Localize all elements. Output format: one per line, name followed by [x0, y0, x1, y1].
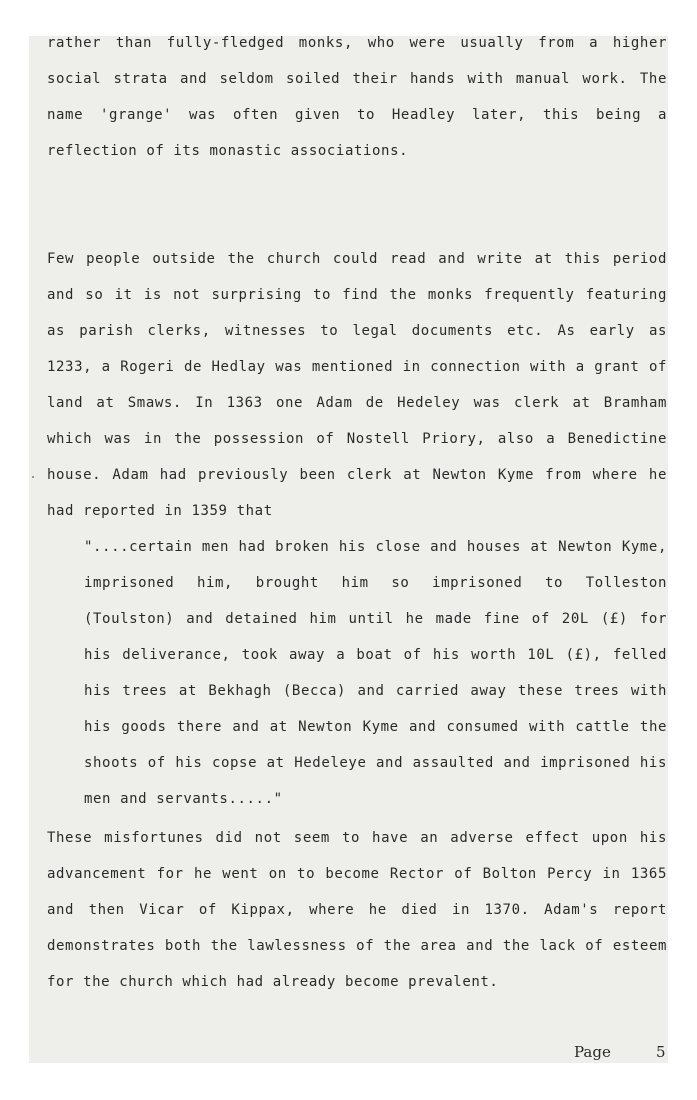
text-line: which was in the possession of Nostell P…: [47, 421, 667, 457]
quote-line: his trees at Bekhagh (Becca) and carried…: [84, 673, 667, 709]
paragraph-2: Few people outside the church could read…: [47, 241, 667, 529]
quote-line: (Toulston) and detained him until he mad…: [84, 601, 667, 637]
page-label: Page: [574, 1043, 611, 1061]
scan-speck: [32, 476, 34, 478]
text-line: These misfortunes did not seem to have a…: [47, 820, 667, 856]
text-line: 1233, a Rogeri de Hedlay was mentioned i…: [47, 349, 667, 385]
page-number: 5: [656, 1043, 666, 1061]
text-line: reflection of its monastic associations.: [47, 133, 667, 169]
text-line: name 'grange' was often given to Headley…: [47, 97, 667, 133]
text-line: as parish clerks, witnesses to legal doc…: [47, 313, 667, 349]
text-line: for the church which had already become …: [47, 964, 667, 1000]
paragraph-1: rather than fully-fledged monks, who wer…: [47, 25, 667, 169]
text-line: social strata and seldom soiled their ha…: [47, 61, 667, 97]
text-line: land at Smaws. In 1363 one Adam de Hedel…: [47, 385, 667, 421]
quote-line: men and servants.....": [84, 781, 667, 817]
text-line: and then Vicar of Kippax, where he died …: [47, 892, 667, 928]
text-line: Few people outside the church could read…: [47, 241, 667, 277]
quote-line: "....certain men had broken his close an…: [84, 529, 667, 565]
quote-line: his goods there and at Newton Kyme and c…: [84, 709, 667, 745]
text-line: had reported in 1359 that: [47, 493, 667, 529]
quote-line: imprisoned him, brought him so imprisone…: [84, 565, 667, 601]
page-footer: Page 5: [574, 1043, 611, 1061]
text-line: and so it is not surprising to find the …: [47, 277, 667, 313]
quote-line: shoots of his copse at Hedeleye and assa…: [84, 745, 667, 781]
text-line: advancement for he went on to become Rec…: [47, 856, 667, 892]
paragraph-3: These misfortunes did not seem to have a…: [47, 820, 667, 1000]
text-line: house. Adam had previously been clerk at…: [47, 457, 667, 493]
text-line: demonstrates both the lawlessness of the…: [47, 928, 667, 964]
text-line: rather than fully-fledged monks, who wer…: [47, 25, 667, 61]
block-quote: "....certain men had broken his close an…: [84, 529, 667, 817]
quote-line: his deliverance, took away a boat of his…: [84, 637, 667, 673]
